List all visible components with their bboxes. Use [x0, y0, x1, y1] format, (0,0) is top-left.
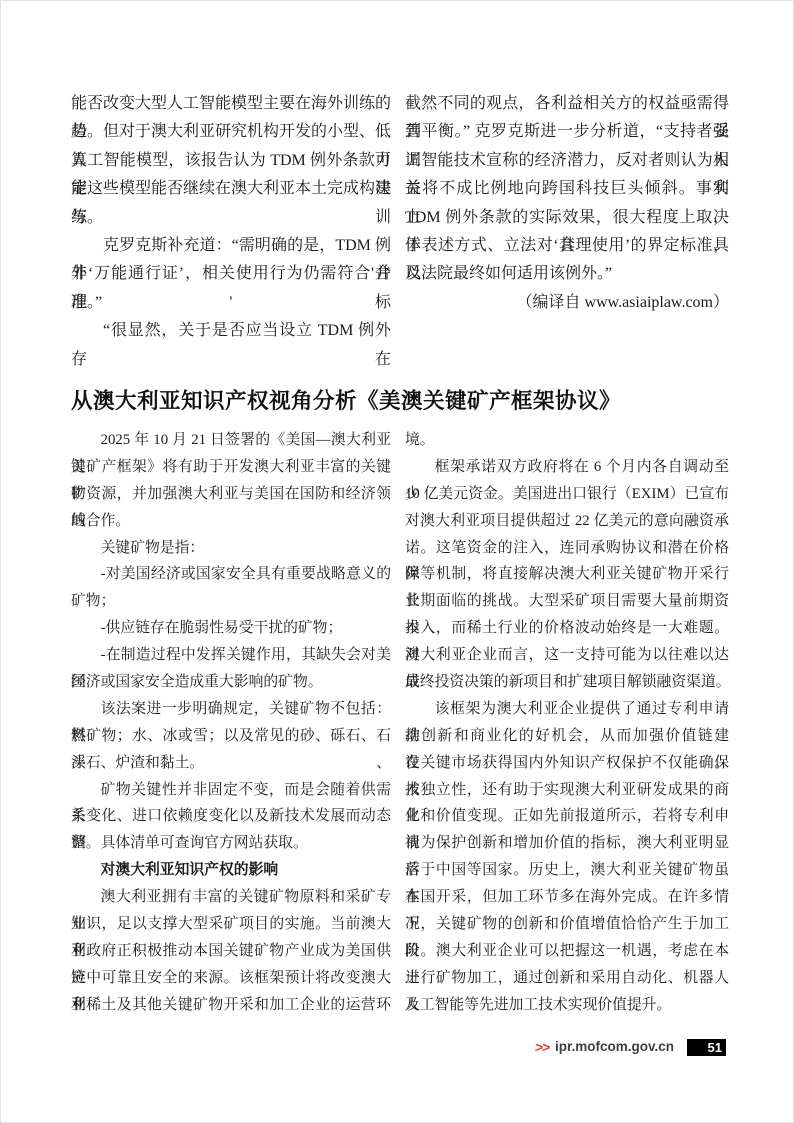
text-line: 亚稀土及其他关键矿物开采和加工企业的运营环 — [71, 992, 391, 1019]
text-line: -对美国经济或国家安全具有重要战略意义的 — [71, 561, 391, 588]
text-line: 下，关键矿物的创新和价值增值恰恰产生于加工阶 — [405, 911, 729, 938]
text-line: 2025 年 10 月 21 日签署的《美国—澳大利亚关 — [71, 427, 391, 454]
text-line: 体表述方式、立法对‘合理使用’的界定标准，以 — [405, 232, 729, 260]
text-line: 定这些模型能否继续在澳大利亚本土完成构建与训 — [71, 175, 391, 203]
text-line: 键矿产框架》将有助于开发澳大利亚丰富的关键矿 — [71, 454, 391, 481]
document-page: { "colors": { "text": "#1a1a1a", "accent… — [0, 0, 794, 1123]
page-number-badge: 51 — [687, 1039, 726, 1056]
text-line: 及法院最终如何适用该例外。” — [405, 260, 729, 288]
text-line: 投入，而稀土行业的价格波动始终是一大难题。对 — [405, 615, 729, 642]
text-line: -供应链存在脆弱性易受干扰的矿物； — [71, 615, 391, 642]
text-line: 经济或国家安全造成重大影响的矿物。 — [71, 669, 391, 696]
text-line: 视为保护创新和增加价值的指标，澳大利亚明显落 — [405, 830, 729, 857]
article-left-column: 2025 年 10 月 21 日签署的《美国—澳大利亚关键矿产框架》将有助于开发… — [71, 427, 391, 1019]
text-line: 人工智能模型，该报告认为 TDM 例外条款可能决 — [71, 147, 391, 175]
text-line: 10 亿美元资金。美国进出口银行（EXIM）已宣布 — [405, 481, 729, 508]
text-line: 益将不成比例地向跨国科技巨头倾斜。事实上， — [405, 175, 729, 203]
text-line: 在关键市场获得国内外知识产权保护不仅能确保技 — [405, 750, 729, 777]
text-line: 物资源，并加强澳大利亚与美国在国防和经济领域 — [71, 481, 391, 508]
text-line: 亚政府正积极推动本国关键矿物产业成为美国供应 — [71, 938, 391, 965]
text-line: 框架承诺双方政府将在 6 个月内各自调动至少 — [405, 454, 729, 481]
text-line: -在制造过程中发挥关键作用，其缺失会对美国 — [71, 642, 391, 669]
text-line: 诺。这笔资金的注入，连同承购协议和潜在价格保 — [405, 535, 729, 562]
text-line: 整。具体清单可查询官方网站获取。 — [71, 830, 391, 857]
text-line: 澳大利亚企业而言，这一支持可能为以往难以达成 — [405, 642, 729, 669]
text-line: （编译自 www.asiaiplaw.com） — [405, 289, 729, 317]
text-line: 本国开采，但加工环节多在海外完成。在许多情况 — [405, 884, 729, 911]
text-line: 矿物； — [71, 588, 391, 615]
text-line: 矿物关键性并非固定不变，而是会随着供需关 — [71, 777, 391, 804]
intro-left-column: 能否改变大型人工智能模型主要在海外训练的趋势。但对于澳大利亚研究机构开发的小型、… — [71, 90, 391, 346]
text-line: 势。但对于澳大利亚研究机构开发的小型、低算力 — [71, 118, 391, 146]
page-footer: >> ipr.mofcom.gov.cn 51 — [535, 1038, 726, 1056]
text-line: 善平衡。” 克罗克斯进一步分析道，“支持者强调人 — [405, 118, 729, 146]
text-line: 该框架为澳大利亚企业提供了通过专利申请推 — [405, 696, 729, 723]
text-line: 段。澳大利亚企业可以把握这一机遇，考虑在本土 — [405, 938, 729, 965]
text-line: 系变化、进口依赖度变化以及新技术发展而动态调 — [71, 803, 391, 830]
article-right-column: 境。框架承诺双方政府将在 6 个月内各自调动至少10 亿美元资金。美国进出口银行… — [405, 427, 729, 1019]
text-line: 克罗克斯补充道：“需明确的是，TDM 例外并 — [71, 232, 391, 260]
text-line: 最终投资决策的新项目和扩建项目解锁融资渠道。 — [405, 669, 729, 696]
text-line: 的合作。 — [71, 508, 391, 535]
text-line: 人工智能等先进加工技术实现价值提升。 — [405, 992, 729, 1019]
intro-right-column: 截然不同的观点，各利益相关方的权益亟需得到妥善平衡。” 克罗克斯进一步分析道，“… — [405, 90, 729, 317]
text-line: 料矿物；水、冰或雪；以及常见的砂、砾石、石头、 — [71, 723, 391, 750]
text-line: 障等机制，将直接解决澳大利亚关键矿物开采行业 — [405, 561, 729, 588]
text-line: 后于中国等国家。历史上，澳大利亚关键矿物虽在 — [405, 857, 729, 884]
text-line: TDM 例外条款的实际效果，很大程度上取决于其具 — [405, 204, 729, 232]
text-line: 进行矿物加工，通过创新和采用自动化、机器人及 — [405, 965, 729, 992]
site-url: ipr.mofcom.gov.cn — [555, 1038, 674, 1056]
text-line: 长期面临的挑战。大型采矿项目需要大量前期资本 — [405, 588, 729, 615]
text-line: 知识，足以支撑大型采矿项目的实施。当前澳大利 — [71, 911, 391, 938]
text-line: 术独立性，还有助于实现澳大利亚研发成果的商业 — [405, 777, 729, 804]
text-line: 非‘万能通行证’，相关使用行为仍需符合'合理'标 — [71, 260, 391, 288]
text-line: 化和价值变现。正如先前报道所示，若将专利申请 — [405, 803, 729, 830]
text-line: “很显然，关于是否应当设立 TDM 例外存在 — [71, 317, 391, 345]
text-line: 澳大利亚拥有丰富的关键矿物原料和采矿专业 — [71, 884, 391, 911]
text-line: 动创新和商业化的好机会，从而加强价值链建设。 — [405, 723, 729, 750]
text-line: 截然不同的观点，各利益相关方的权益亟需得到妥 — [405, 90, 729, 118]
article-title: 从澳大利亚知识产权视角分析《美澳关键矿产框架协议》 — [71, 387, 731, 415]
text-line: 链中可靠且安全的来源。该框架预计将改变澳大利 — [71, 965, 391, 992]
text-line: 对澳大利亚知识产权的影响 — [71, 857, 391, 884]
text-line: 工智能技术宣称的经济潜力，反对者则认为相关利 — [405, 147, 729, 175]
double-chevron-right-icon: >> — [534, 1038, 550, 1056]
text-line: 对澳大利亚项目提供超过 22 亿美元的意向融资承 — [405, 508, 729, 535]
text-line: 境。 — [405, 427, 729, 454]
text-line: 能否改变大型人工智能模型主要在海外训练的趋 — [71, 90, 391, 118]
text-line: 关键矿物是指： — [71, 535, 391, 562]
text-line: 该法案进一步明确规定，关键矿物不包括：燃 — [71, 696, 391, 723]
